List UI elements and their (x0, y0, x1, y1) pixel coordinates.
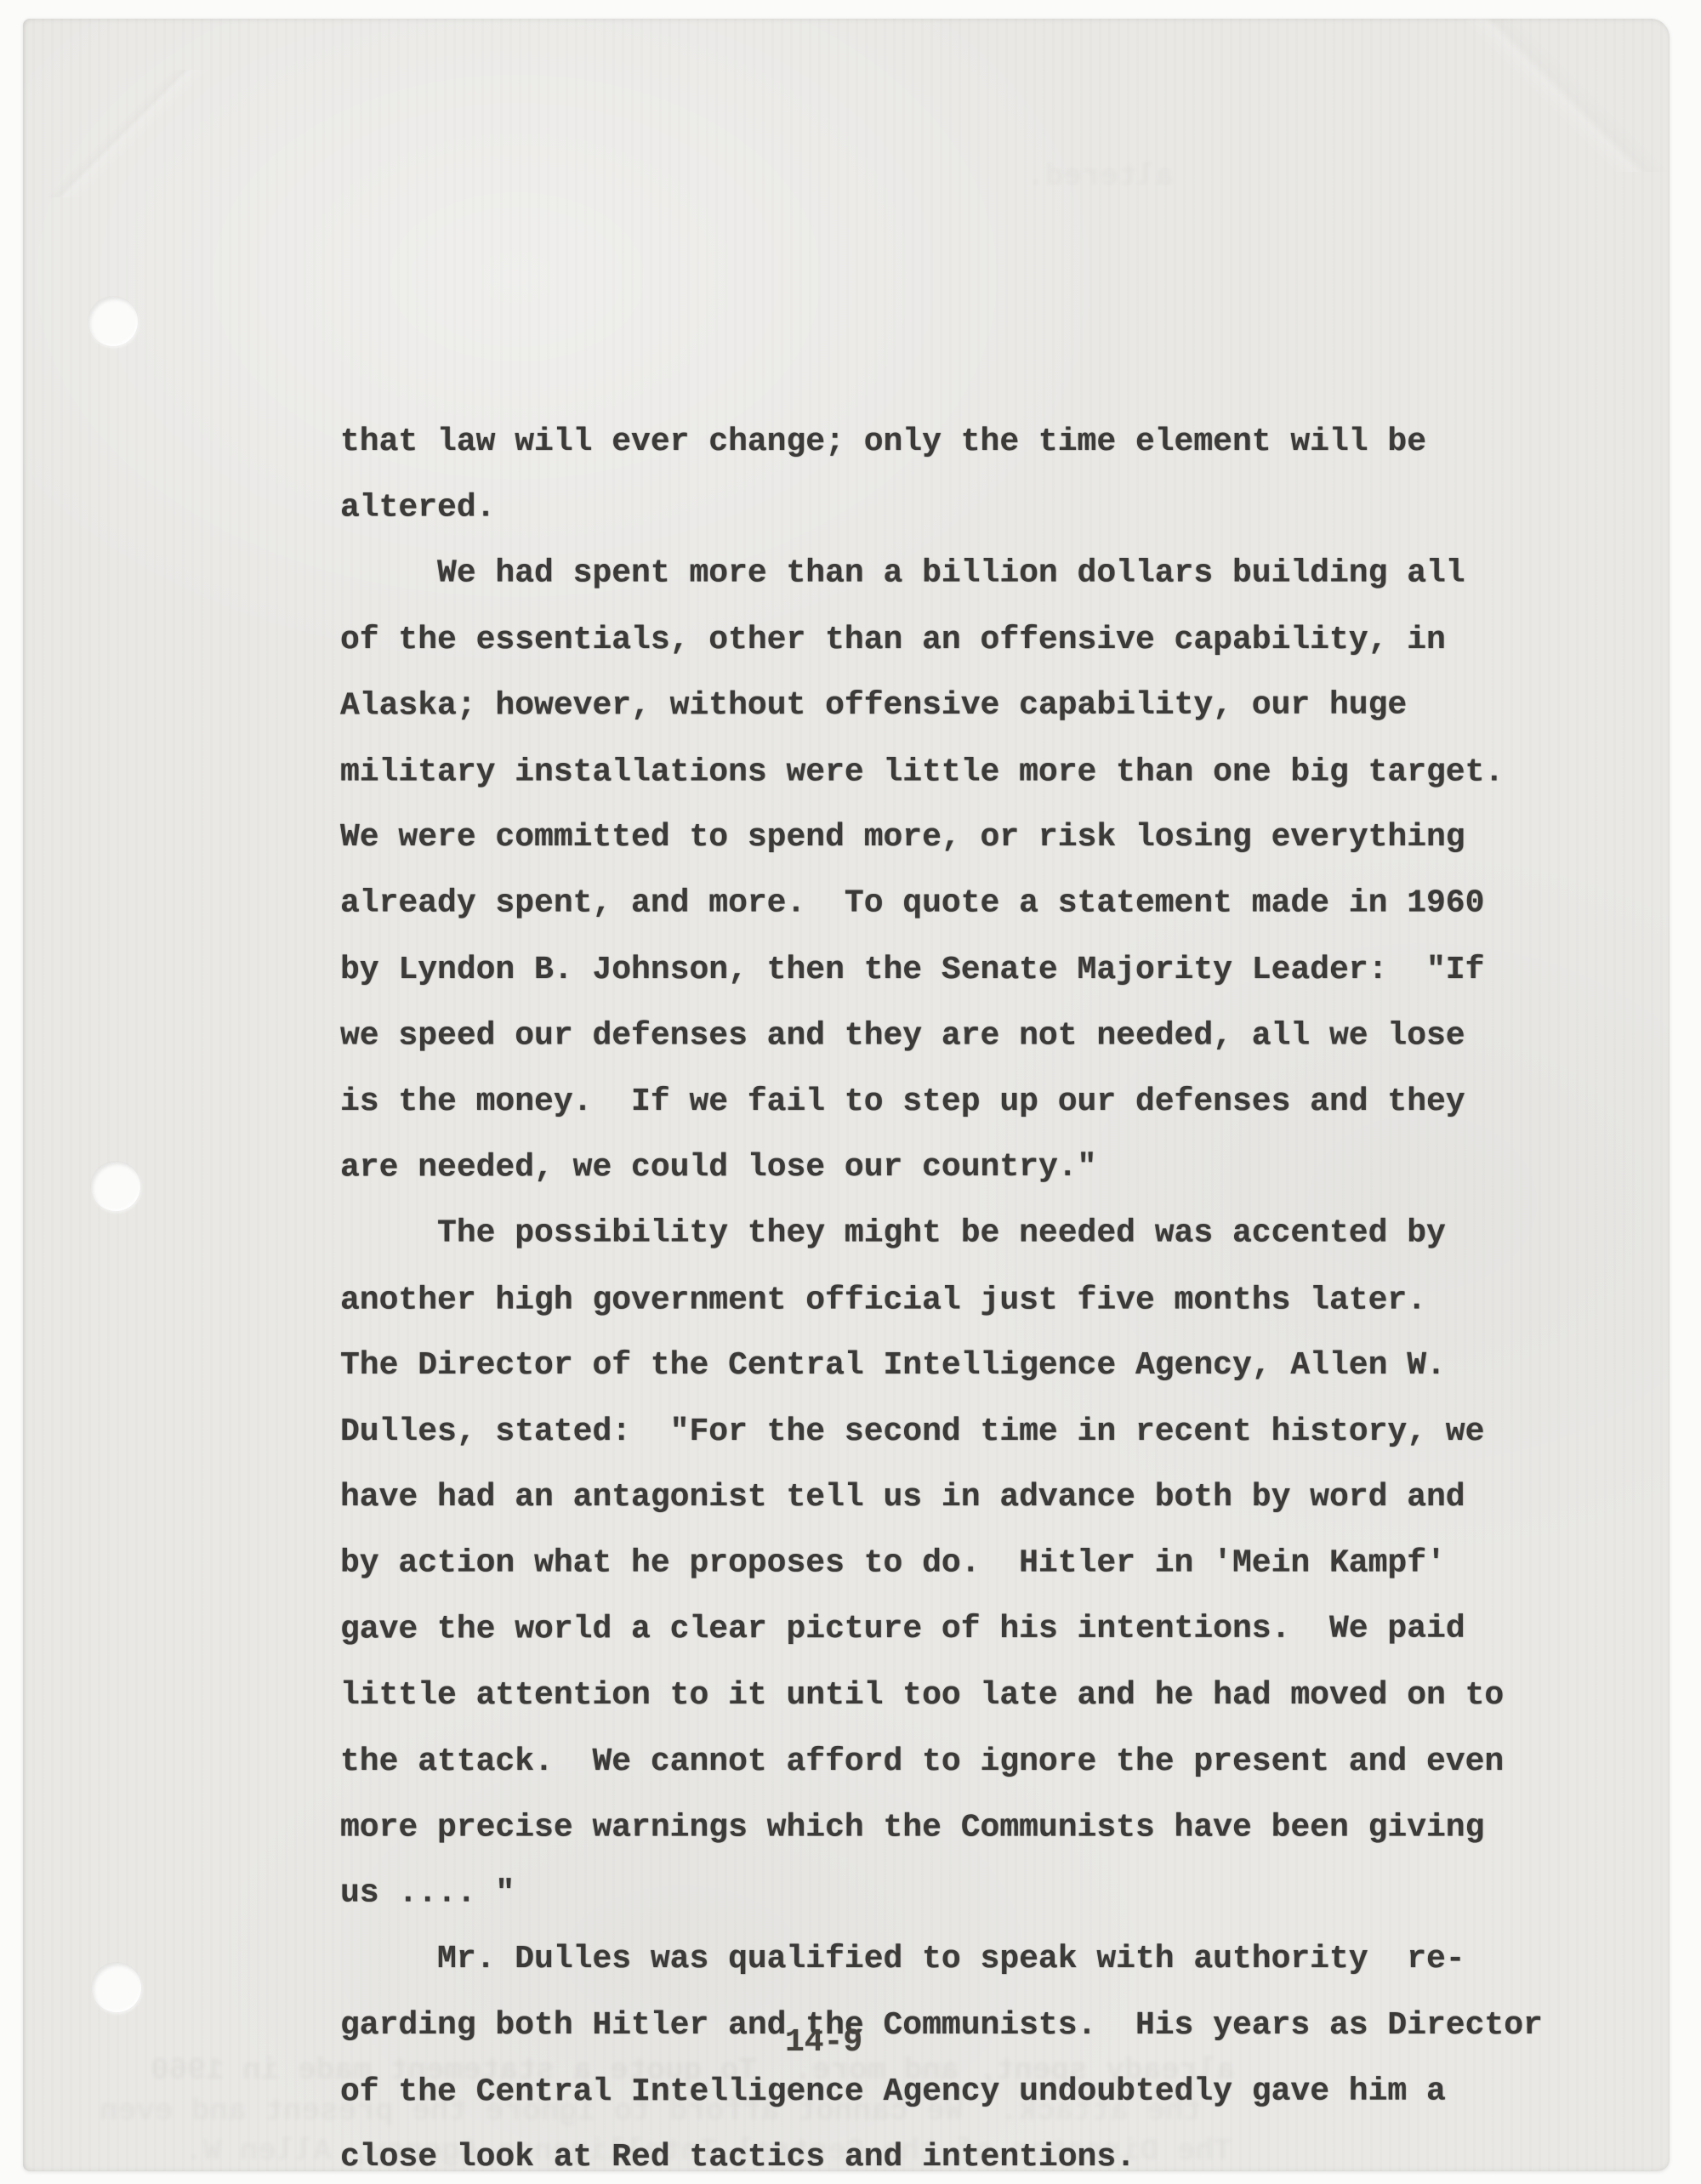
text-line: little attention to it until too late an… (340, 1663, 1543, 1729)
text-line: We had spent more than a billion dollars… (340, 540, 1543, 606)
text-line: we speed our defenses and they are not n… (340, 1004, 1543, 1070)
text-line: gave the world a clear picture of his in… (340, 1596, 1543, 1664)
text-line: Mr. Dulles was qualified to speak with a… (340, 1926, 1543, 1993)
text-line: Alaska; however, without offensive capab… (340, 673, 1543, 740)
text-line: The Director of the Central Intelligence… (340, 1333, 1543, 1399)
text-line: The possibility they might be needed was… (340, 1200, 1543, 1266)
text-line: by Lyndon B. Johnson, then the Senate Ma… (340, 937, 1543, 1004)
paper-crease-top-right (1448, 19, 1670, 172)
text-line: close look at Red tactics and intentions… (340, 2124, 1543, 2184)
text-line: us .... " (340, 1860, 1543, 1926)
text-line: another high government official just fi… (340, 1267, 1543, 1334)
text-line: Dulles, stated: "For the second time in … (340, 1399, 1543, 1465)
typewritten-text: that law will ever change; only the time… (340, 211, 1543, 2184)
punch-hole-middle (91, 1162, 140, 1211)
bleed-through-text: altered. (1027, 159, 1174, 194)
text-line: by action what he proposes to do. Hitler… (340, 1530, 1543, 1596)
text-line: is the money. If we fail to step up our … (340, 1069, 1543, 1135)
punch-hole-top (88, 297, 138, 346)
scan-background: { "document": { "colors": { "scan_backgr… (0, 0, 1701, 2184)
punch-hole-bottom (92, 1963, 141, 2012)
text-line: already spent, and more. To quote a stat… (340, 870, 1543, 936)
text-line: of the Central Intelligence Agency undou… (340, 2058, 1543, 2125)
text-line: military installations were little more … (340, 739, 1543, 805)
document-page: already spent, and more. To quote a stat… (23, 19, 1670, 2171)
text-line: the attack. We cannot afford to ignore t… (340, 1729, 1543, 1795)
text-line: are needed, we could lose our country." (340, 1135, 1543, 1202)
text-line: more precise warnings which the Communis… (340, 1795, 1543, 1862)
text-line: We were committed to spend more, or risk… (340, 805, 1543, 871)
text-line: altered. (340, 475, 1543, 542)
text-line: that law will ever change; only the time… (340, 409, 1543, 475)
text-line: have had an antagonist tell us in advanc… (340, 1465, 1543, 1531)
paper-crease-top-left (23, 70, 219, 197)
page-number: 14-9 (785, 2010, 862, 2076)
text-line: of the essentials, other than an offensi… (340, 607, 1543, 674)
text-line: garding both Hitler and the Communists. … (340, 1993, 1543, 2059)
